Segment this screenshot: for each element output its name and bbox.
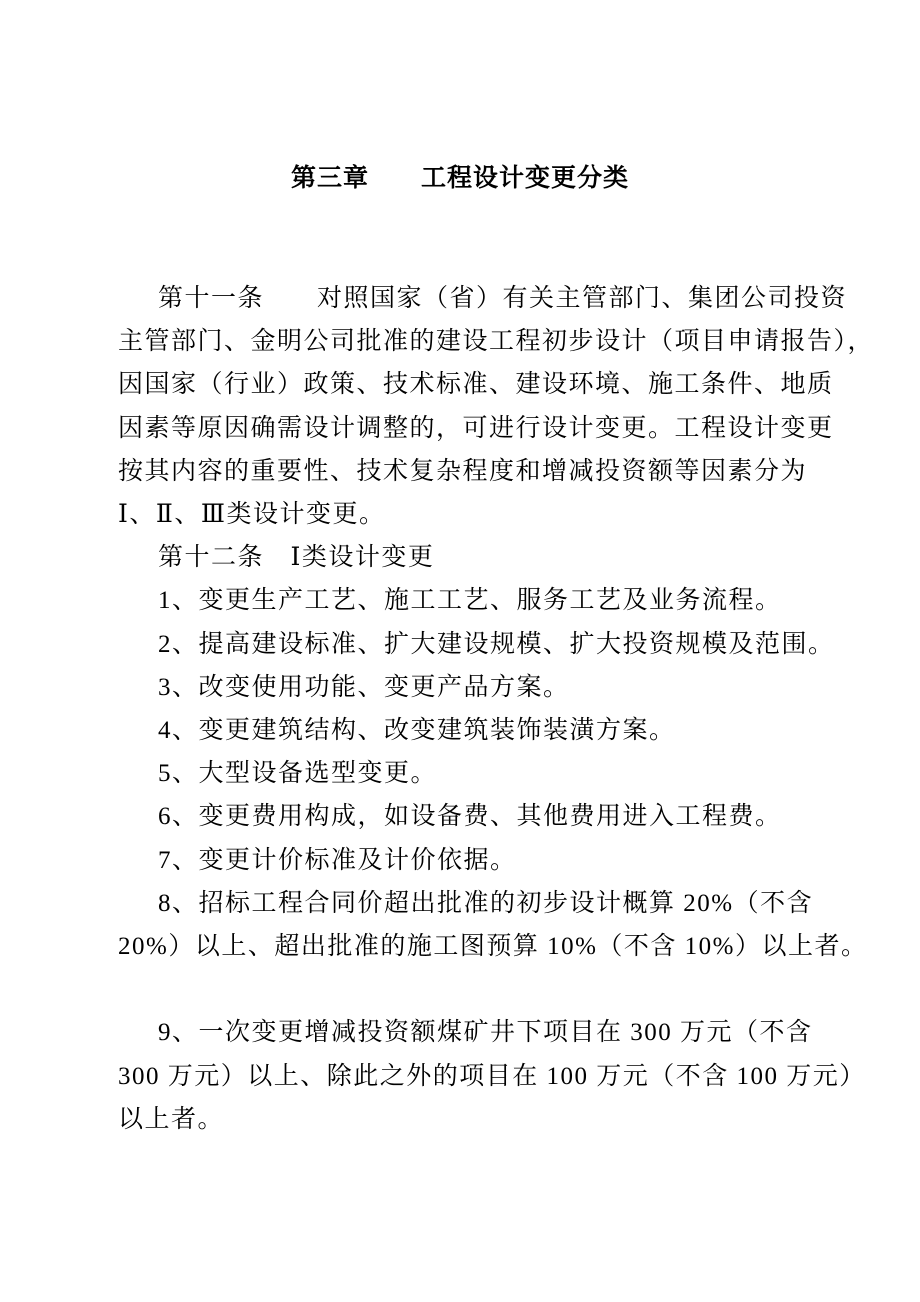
text-line (118, 968, 844, 1011)
text-line: 因素等原因确需设计调整的，可进行设计变更。工程设计变更 (118, 407, 844, 450)
chapter-title: 第三章 工程设计变更分类 (0, 156, 920, 202)
text-line: 以上者。 (118, 1098, 844, 1141)
text-line: 主管部门、金明公司批准的建设工程初步设计（项目申请报告）， (118, 320, 844, 363)
document-page: 第三章 工程设计变更分类 第十一条 对照国家（省）有关主管部门、集团公司投资主管… (0, 0, 920, 1302)
text-line: 8、招标工程合同价超出批准的初步设计概算 20%（不含 (118, 882, 844, 925)
text-line: 7、变更计价标准及计价依据。 (118, 839, 844, 882)
document-body: 第十一条 对照国家（省）有关主管部门、集团公司投资主管部门、金明公司批准的建设工… (118, 277, 844, 1141)
text-line: 3、改变使用功能、变更产品方案。 (118, 666, 844, 709)
text-line: 2、提高建设标准、扩大建设规模、扩大投资规模及范围。 (118, 623, 844, 666)
text-line: 因国家（行业）政策、技术标准、建设环境、施工条件、地质 (118, 363, 844, 406)
text-line: 第十二条 Ⅰ类设计变更 (118, 536, 844, 579)
text-line: 第十一条 对照国家（省）有关主管部门、集团公司投资 (118, 277, 844, 320)
text-line: 20%）以上、超出批准的施工图预算 10%（不含 10%）以上者。 (118, 925, 844, 968)
text-line: 6、变更费用构成，如设备费、其他费用进入工程费。 (118, 795, 844, 838)
text-line: Ⅰ、Ⅱ、Ⅲ类设计变更。 (118, 493, 844, 536)
text-line: 9、一次变更增减投资额煤矿井下项目在 300 万元（不含 (118, 1011, 844, 1054)
text-line: 1、变更生产工艺、施工工艺、服务工艺及业务流程。 (118, 579, 844, 622)
text-line: 5、大型设备选型变更。 (118, 752, 844, 795)
text-line: 按其内容的重要性、技术复杂程度和增减投资额等因素分为 (118, 450, 844, 493)
text-line: 300 万元）以上、除此之外的项目在 100 万元（不含 100 万元） (118, 1055, 844, 1098)
text-line: 4、变更建筑结构、改变建筑装饰装潢方案。 (118, 709, 844, 752)
